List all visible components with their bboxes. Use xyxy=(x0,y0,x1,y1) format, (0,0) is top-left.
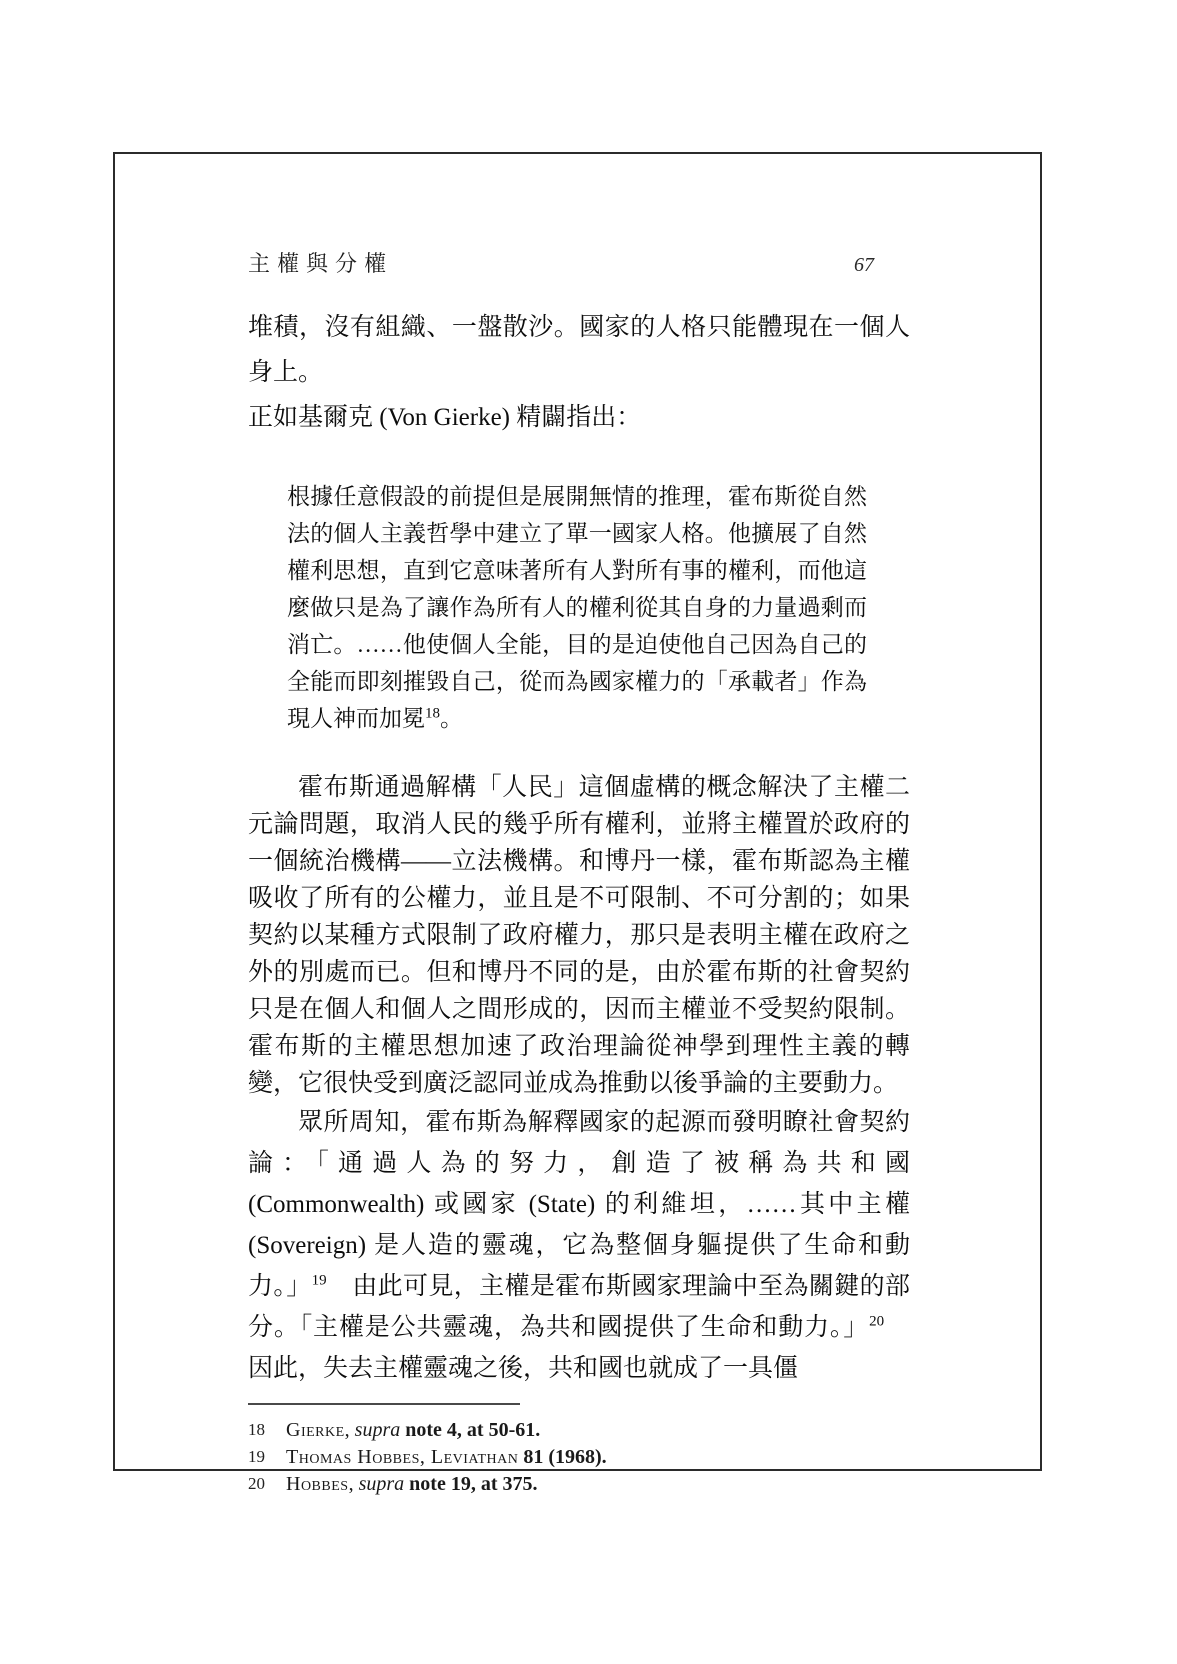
document-page: 主權與分權 67 堆積，沒有組織、一盤散沙。國家的人格只能體現在一個人身上。 正… xyxy=(0,0,1177,1664)
footnote-ref-20: 20 xyxy=(869,1314,884,1330)
block-quote-suffix: 。 xyxy=(440,706,463,731)
footnote-author: Gierke xyxy=(286,1419,345,1441)
paragraph-social-contract: 眾所周知，霍布斯為解釋國家的起源而發明瞭社會契約論：「通過人為的努力，創造了被稱… xyxy=(248,1102,910,1389)
footnote-supra: supra xyxy=(355,1419,401,1441)
footnote-item: 18 Gierke, supra note 4, at 50-61. xyxy=(248,1417,910,1444)
paragraph-hobbes-sovereignty: 霍布斯通過解構「人民」這個虛構的概念解決了主權二元論問題，取消人民的幾乎所有權利… xyxy=(248,769,910,1102)
intro-line-2: 正如基爾克 (Von Gierke) 精闢指出： xyxy=(248,395,910,440)
footnote-item: 20 Hobbes, supra note 19, at 375. xyxy=(248,1471,910,1498)
running-head: 主權與分權 67 xyxy=(248,249,910,279)
footnote-cite: note 19, at 375. xyxy=(404,1473,537,1495)
footnote-list: 18 Gierke, supra note 4, at 50-61. 19 Th… xyxy=(248,1417,910,1498)
block-quote-text: 根據任意假設的前提但是展開無情的推理，霍布斯從自然法的個人主義哲學中建立了單一國… xyxy=(287,484,867,731)
footnote-number: 19 xyxy=(248,1443,286,1470)
footnote-ref-19: 19 xyxy=(312,1273,327,1289)
page-number: 67 xyxy=(854,250,874,280)
footnote-author: Hobbes xyxy=(286,1473,349,1495)
footnote-number: 18 xyxy=(248,1416,286,1443)
running-head-title: 主權與分權 xyxy=(248,249,393,279)
page-border-frame: 主權與分權 67 堆積，沒有組織、一盤散沙。國家的人格只能體現在一個人身上。 正… xyxy=(113,152,1042,1471)
page-content: 主權與分權 67 堆積，沒有組織、一盤散沙。國家的人格只能體現在一個人身上。 正… xyxy=(248,154,910,1498)
footnote-number: 20 xyxy=(248,1470,286,1497)
paragraph-social-contract-seg1: 眾所周知，霍布斯為解釋國家的起源而發明瞭社會契約論：「通過人為的努力，創造了被稱… xyxy=(248,1109,910,1300)
footnote-separator-rule xyxy=(248,1403,520,1405)
intro-paragraph: 堆積，沒有組織、一盤散沙。國家的人格只能體現在一個人身上。 正如基爾克 (Von… xyxy=(248,305,910,440)
block-quote: 根據任意假設的前提但是展開無情的推理，霍布斯從自然法的個人主義哲學中建立了單一國… xyxy=(287,478,867,737)
footnote-mid: , xyxy=(349,1473,359,1495)
footnote-text: Hobbes, supra note 19, at 375. xyxy=(286,1471,537,1498)
footnote-item: 19 Thomas Hobbes, Leviathan 81 (1968). xyxy=(248,1444,910,1471)
footnote-ref-18: 18 xyxy=(425,705,440,721)
intro-line-1: 堆積，沒有組織、一盤散沙。國家的人格只能體現在一個人身上。 xyxy=(248,305,910,395)
footnote-text: Gierke, supra note 4, at 50-61. xyxy=(286,1417,540,1444)
footnote-author: Thomas Hobbes, Leviathan xyxy=(286,1446,518,1468)
footnote-cite: 81 (1968). xyxy=(518,1446,606,1468)
footnote-supra: supra xyxy=(359,1473,405,1495)
footnote-mid: , xyxy=(345,1419,355,1441)
footnote-cite: note 4, at 50-61. xyxy=(400,1419,540,1441)
paragraph-social-contract-seg2: 由此可見，主權是霍布斯國家理論中至為關鍵的部分。「主權是公共靈魂，為共和國提供了… xyxy=(248,1273,910,1341)
footnote-text: Thomas Hobbes, Leviathan 81 (1968). xyxy=(286,1444,607,1471)
